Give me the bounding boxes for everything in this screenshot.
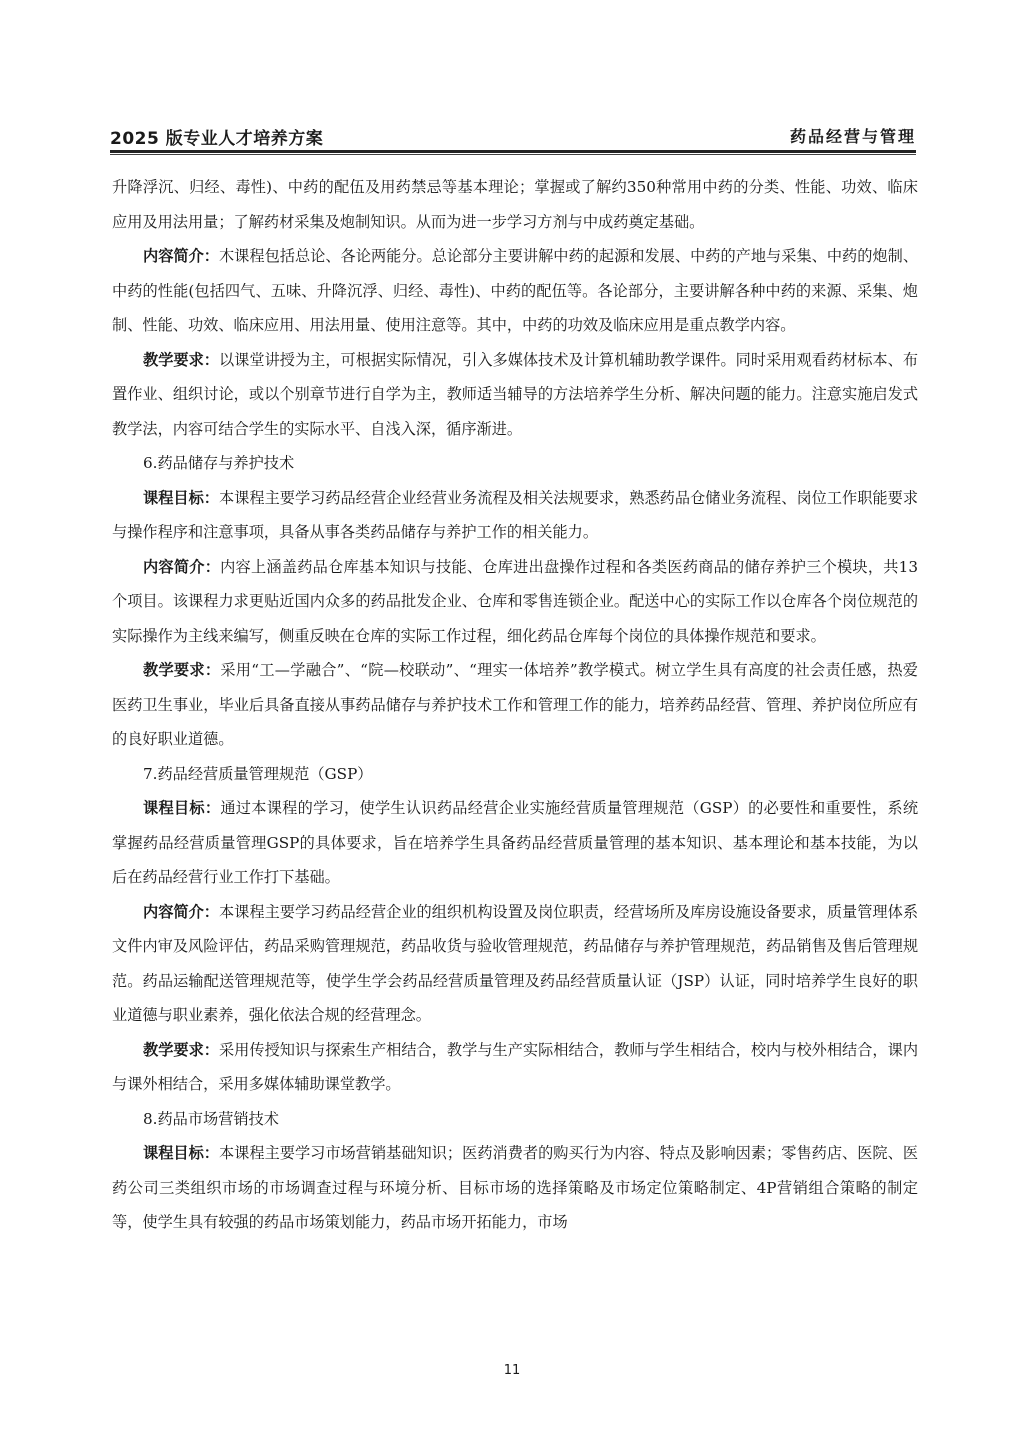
course-heading-6: 6.药品储存与养护技术 [112,446,918,481]
paragraph-course-objective: 课程目标：本课程主要学习市场营销基础知识；医药消费者的购买行为内容、特点及影响因… [112,1136,918,1240]
paragraph-label: 课程目标： [143,1144,219,1162]
paragraph-label: 课程目标： [143,799,220,817]
paragraph-label: 内容简介： [143,247,219,265]
paragraph-content-summary: 内容简介：本课程主要学习药品经营企业的组织机构设置及岗位职责，经营场所及库房设施… [112,895,918,1033]
header-document-title: 2025 版专业人才培养方案 [110,124,323,149]
paragraph-course-objective: 课程目标：通过本课程的学习，使学生认识药品经营企业实施经营质量管理规范（GSP）… [112,791,918,895]
paragraph-continued: 升降浮沉、归经、毒性)、中药的配伍及用药禁忌等基本理论；掌握或了解约350种常用… [112,170,918,239]
paragraph-label: 内容简介： [143,558,220,576]
paragraph-label: 教学要求： [143,351,219,369]
document-body: 升降浮沉、归经、毒性)、中药的配伍及用药禁忌等基本理论；掌握或了解约350种常用… [112,170,918,1240]
paragraph-teaching-requirements: 教学要求：以课堂讲授为主，可根据实际情况，引入多媒体技术及计算机辅助教学课件。同… [112,343,918,447]
page-number: 11 [0,1363,1024,1378]
course-heading-7: 7.药品经营质量管理规范（GSP） [112,757,918,792]
header-divider [110,150,916,155]
paragraph-teaching-requirements: 教学要求：采用传授知识与探索生产相结合，教学与生产实际相结合，教师与学生相结合，… [112,1033,918,1102]
paragraph-label: 教学要求： [143,661,220,679]
course-heading-8: 8.药品市场营销技术 [112,1102,918,1137]
paragraph-label: 内容简介： [143,903,219,921]
paragraph-content-summary: 内容简介：木课程包括总论、各论两能分。总论部分主要讲解中药的起源和发展、中药的产… [112,239,918,343]
paragraph-teaching-requirements: 教学要求：采用“工—学融合”、“院—校联动”、“理实一体培养”教学模式。树立学生… [112,653,918,757]
paragraph-label: 课程目标： [143,489,219,507]
header-program-name: 药品经营与管理 [790,124,916,147]
paragraph-label: 教学要求： [143,1041,219,1059]
paragraph-course-objective: 课程目标：本课程主要学习药品经营企业经营业务流程及相关法规要求，熟悉药品仓储业务… [112,481,918,550]
paragraph-content-summary: 内容简介：内容上涵盖药品仓库基本知识与技能、仓库进出盘操作过程和各类医药商品的储… [112,550,918,654]
page-header: 2025 版专业人才培养方案 药品经营与管理 [110,124,916,148]
